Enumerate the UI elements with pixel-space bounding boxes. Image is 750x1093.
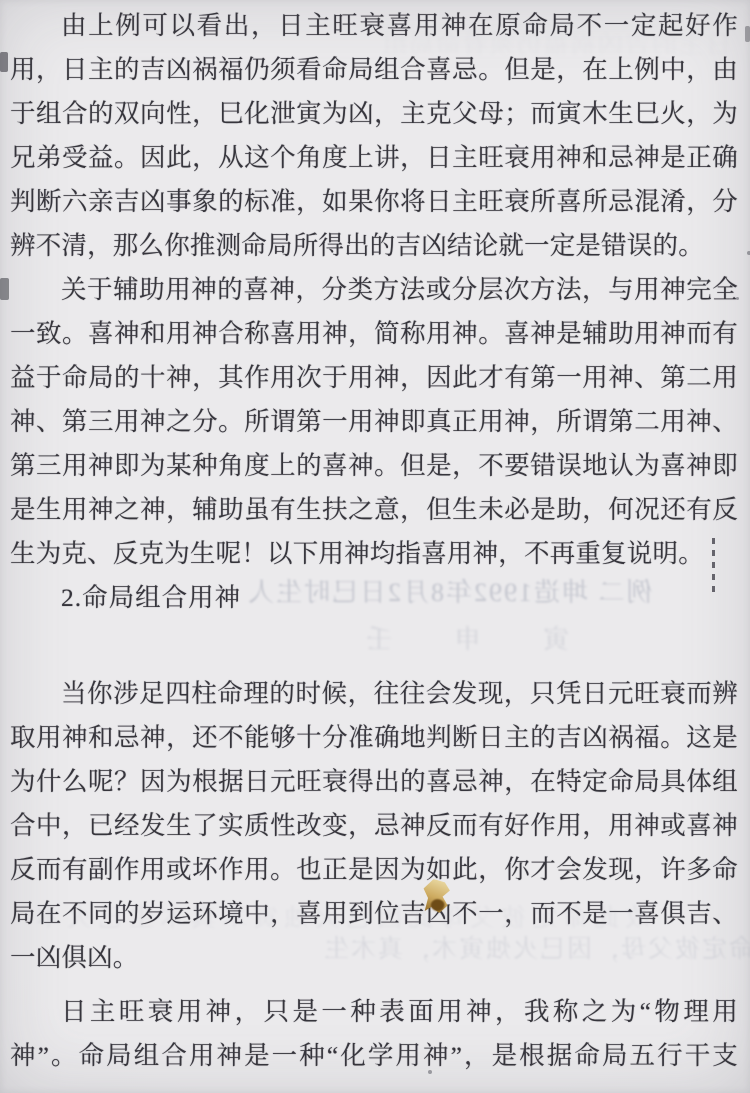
text-line: 当你涉足四柱命理的时候，往往会发现，只凭日元旺衰而辨 <box>10 672 738 716</box>
clipped-glyph-fragment <box>0 52 8 72</box>
text-line: 一凶俱凶。 <box>10 936 738 980</box>
text-line: 是生用神之神，辅助虽有生扶之意，但生未必是助，何况还有反 <box>10 488 738 532</box>
text-line: 用，日主的吉凶祸福仍须看命局组合喜忌。但是，在上例中，由 <box>10 48 738 92</box>
text-block: 由上例可以看出，日主旺衰喜用神在原命局不一定起好作用，日主的吉凶祸福仍须看命局组… <box>10 4 738 1078</box>
text-line: 取用神和忌神，还不能够十分准确地判断日主的吉凶祸福。这是 <box>10 716 738 760</box>
text-line: 由上例可以看出，日主旺衰喜用神在原命局不一定起好作 <box>10 4 738 48</box>
dust-speck <box>640 160 643 163</box>
margin-dash-mark <box>712 538 715 598</box>
text-line: 一致。喜神和用神合称喜用神，简称用神。喜神是辅助用神而有 <box>10 312 738 356</box>
clipped-glyph-fragment <box>0 278 9 300</box>
text-line: 神、第三用神之分。所谓第一用神即真正用神，所谓第二用神、 <box>10 400 738 444</box>
paragraph: 由上例可以看出，日主旺衰喜用神在原命局不一定起好作用，日主的吉凶祸福仍须看命局组… <box>10 4 738 268</box>
dust-speck <box>736 297 739 300</box>
dust-speck <box>428 1070 432 1074</box>
clipped-glyph-fragment <box>745 26 750 42</box>
section-heading-block: 2.命局组合用神 <box>10 576 738 620</box>
text-line: 辨不清，那么你推测命局所得出的吉凶结论就一定是错误的。 <box>10 224 738 268</box>
blank-line <box>10 620 738 672</box>
scanned-book-page: 由上例可以看出，日主旺衰喜用神在原命局不一定起好作用，日主的吉凶祸福仍须看命局组… <box>0 0 750 1093</box>
text-line: 益于命局的十神，其作用次于用神，因此才有第一用神、第二用 <box>10 356 738 400</box>
text-line: 于组合的双向性，巳化泄寅为凶，主克父母；而寅木生巳火，为 <box>10 92 738 136</box>
text-line: 判断六亲吉凶事象的标准，如果你将日主旺衰所喜所忌混淆，分 <box>10 180 738 224</box>
text-line: 兄弟受益。因此，从这个角度上讲，日主旺衰用神和忌神是正确 <box>10 136 738 180</box>
text-line: 生为克、反克为生呢！以下用神均指喜用神，不再重复说明。 <box>10 532 738 576</box>
text-line: 局在不同的岁运环境中，喜用到位吉凶不一，而不是一喜俱吉、 <box>10 892 738 936</box>
paragraph: 日主旺衰用神，只是一种表面用神，我称之为“物理用神”。命局组合用神是一种“化学用… <box>10 990 738 1078</box>
text-line: 为什么呢？因为根据日元旺衰得出的喜忌神，在特定命局具体组 <box>10 760 738 804</box>
text-line: 反而有副作用或坏作用。也正是因为如此，你才会发现，许多命 <box>10 848 738 892</box>
text-line: 日主旺衰用神，只是一种表面用神，我称之为“物理用 <box>10 990 738 1034</box>
text-line: 关于辅助用神的喜神，分类方法或分层次方法，与用神完全 <box>10 268 738 312</box>
paragraph: 关于辅助用神的喜神，分类方法或分层次方法，与用神完全一致。喜神和用神合称喜用神，… <box>10 268 738 576</box>
section-heading: 2.命局组合用神 <box>10 576 738 620</box>
ink-stain <box>423 879 451 913</box>
paragraph: 当你涉足四柱命理的时候，往往会发现，只凭日元旺衰而辨取用神和忌神，还不能够十分准… <box>10 672 738 980</box>
text-line: 神”。命局组合用神是一种“化学用神”，是根据命局五行干支 <box>10 1034 738 1078</box>
text-line: 第三用神即为某种角度上的喜神。但是，不要错误地认为喜神即 <box>10 444 738 488</box>
text-line: 合中，已经发生了实质性改变，忌神反而有好作用，用神或喜神 <box>10 804 738 848</box>
